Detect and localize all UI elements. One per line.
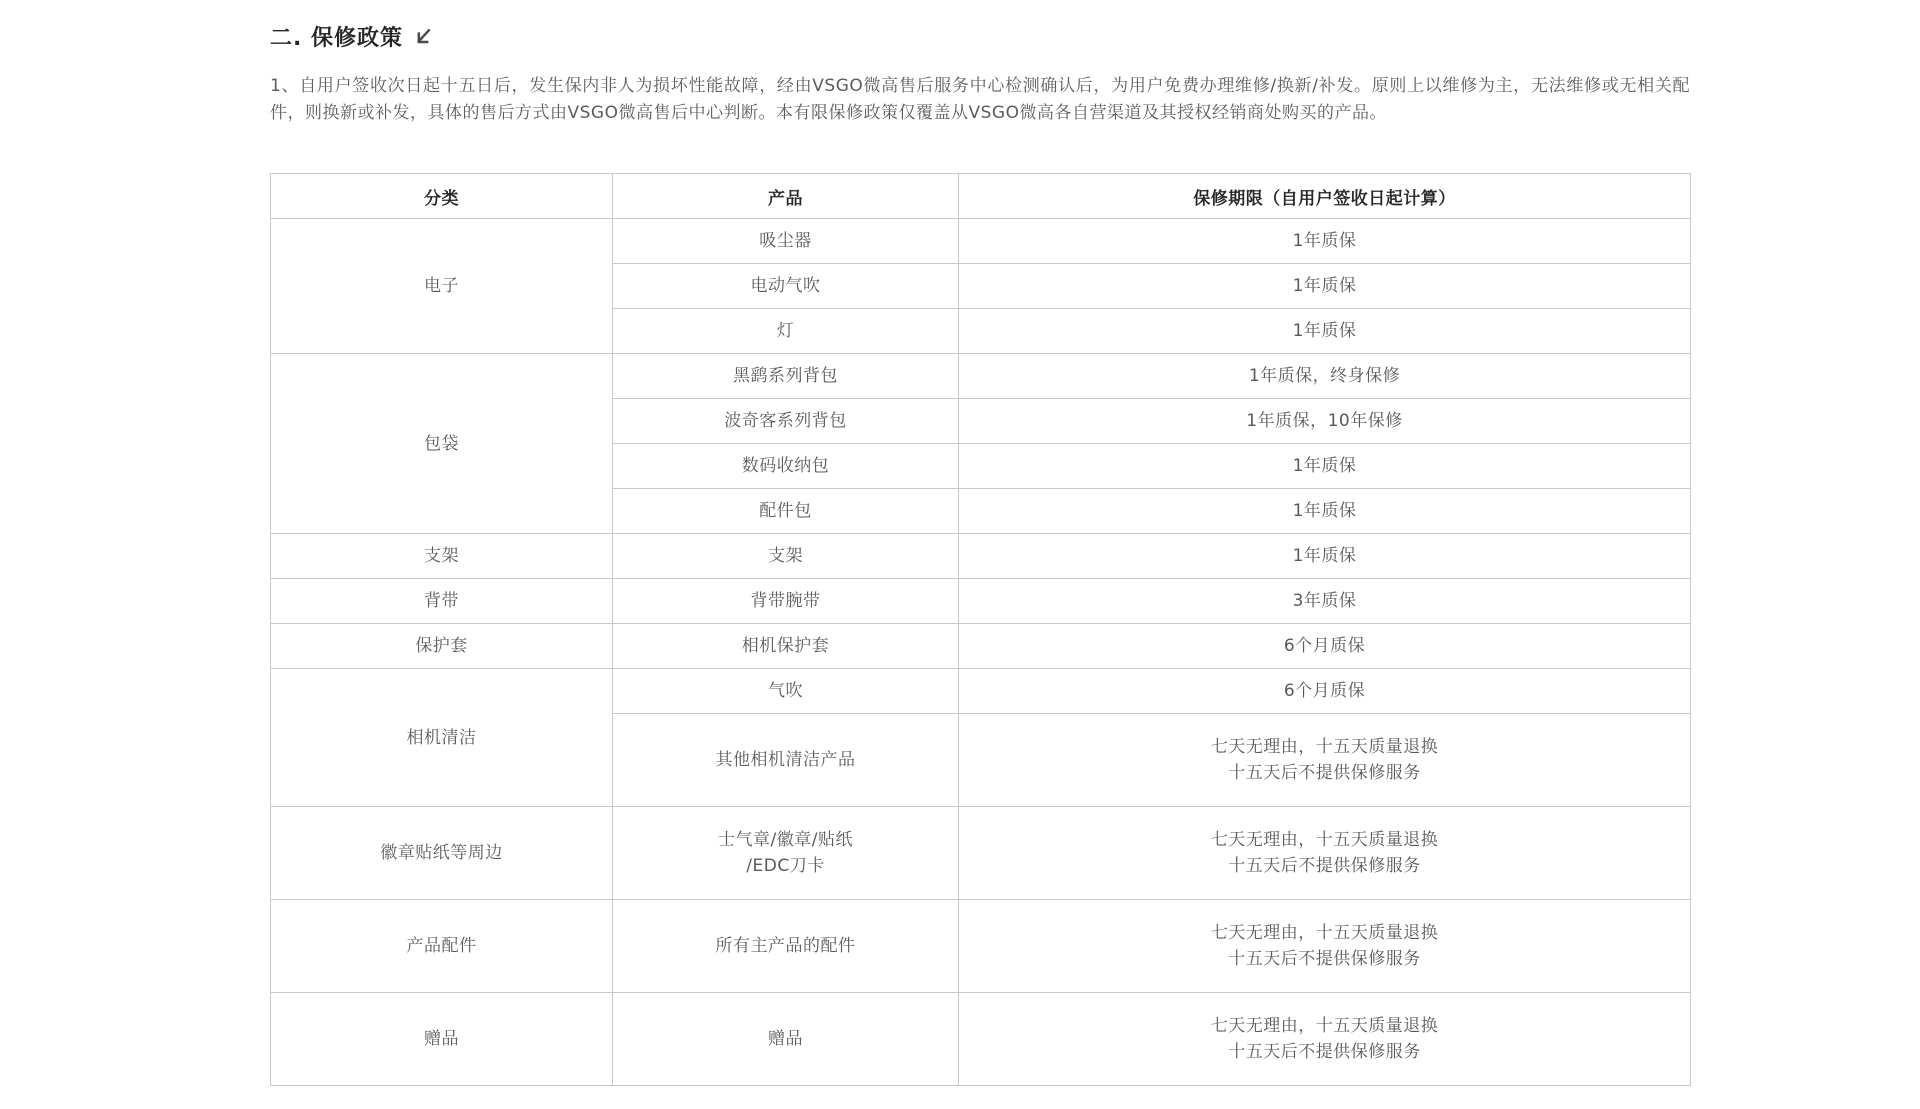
warranty-cell: 1年质保 xyxy=(959,489,1691,534)
warranty-cell: 七天无理由，十五天质量退换 十五天后不提供保修服务 xyxy=(959,900,1691,993)
product-cell: 气吹 xyxy=(613,669,959,714)
category-cell: 包袋 xyxy=(271,354,613,534)
table-row: 支架支架1年质保 xyxy=(271,534,1691,579)
table-row: 赠品赠品七天无理由，十五天质量退换 十五天后不提供保修服务 xyxy=(271,993,1691,1086)
product-cell: 吸尘器 xyxy=(613,219,959,264)
warranty-cell: 1年质保 xyxy=(959,534,1691,579)
table-row: 电子吸尘器1年质保 xyxy=(271,219,1691,264)
table-row: 包袋黑鹞系列背包1年质保，终身保修 xyxy=(271,354,1691,399)
table-row: 背带背带腕带3年质保 xyxy=(271,579,1691,624)
warranty-cell: 1年质保 xyxy=(959,309,1691,354)
product-cell: 所有主产品的配件 xyxy=(613,900,959,993)
category-cell: 产品配件 xyxy=(271,900,613,993)
warranty-cell: 1年质保，终身保修 xyxy=(959,354,1691,399)
product-cell: 配件包 xyxy=(613,489,959,534)
table-row: 徽章贴纸等周边士气章/徽章/贴纸 /EDC刀卡七天无理由，十五天质量退换 十五天… xyxy=(271,807,1691,900)
warranty-cell: 七天无理由，十五天质量退换 十五天后不提供保修服务 xyxy=(959,714,1691,807)
table-row: 相机清洁气吹6个月质保 xyxy=(271,669,1691,714)
warranty-cell: 6个月质保 xyxy=(959,624,1691,669)
page-root: 二. 保修政策 1、自用户签收次日起十五日后，发生保内非人为损坏性能故障，经由V… xyxy=(0,0,1920,1109)
product-cell: 相机保护套 xyxy=(613,624,959,669)
warranty-table: 分类 产品 保修期限（自用户签收日起计算） 电子吸尘器1年质保电动气吹1年质保灯… xyxy=(270,173,1691,1086)
intro-paragraph: 1、自用户签收次日起十五日后，发生保内非人为损坏性能故障，经由VSGO微高售后服… xyxy=(270,73,1690,127)
arrow-down-left-icon xyxy=(412,26,434,48)
category-cell: 徽章贴纸等周边 xyxy=(271,807,613,900)
warranty-cell: 1年质保 xyxy=(959,219,1691,264)
category-cell: 支架 xyxy=(271,534,613,579)
product-cell: 数码收纳包 xyxy=(613,444,959,489)
warranty-cell: 3年质保 xyxy=(959,579,1691,624)
table-body: 电子吸尘器1年质保电动气吹1年质保灯1年质保包袋黑鹞系列背包1年质保，终身保修波… xyxy=(271,219,1691,1086)
product-cell: 支架 xyxy=(613,534,959,579)
product-cell: 电动气吹 xyxy=(613,264,959,309)
product-cell: 黑鹞系列背包 xyxy=(613,354,959,399)
warranty-cell: 6个月质保 xyxy=(959,669,1691,714)
warranty-cell: 1年质保 xyxy=(959,264,1691,309)
product-cell: 其他相机清洁产品 xyxy=(613,714,959,807)
warranty-cell: 七天无理由，十五天质量退换 十五天后不提供保修服务 xyxy=(959,807,1691,900)
column-header-warranty: 保修期限（自用户签收日起计算） xyxy=(959,174,1691,219)
column-header-category: 分类 xyxy=(271,174,613,219)
table-header-row: 分类 产品 保修期限（自用户签收日起计算） xyxy=(271,174,1691,219)
page-title: 二. 保修政策 xyxy=(270,21,403,52)
section-heading: 二. 保修政策 xyxy=(270,21,1690,52)
category-cell: 相机清洁 xyxy=(271,669,613,807)
product-cell: 赠品 xyxy=(613,993,959,1086)
table-row: 保护套相机保护套6个月质保 xyxy=(271,624,1691,669)
column-header-product: 产品 xyxy=(613,174,959,219)
warranty-cell: 七天无理由，十五天质量退换 十五天后不提供保修服务 xyxy=(959,993,1691,1086)
category-cell: 赠品 xyxy=(271,993,613,1086)
product-cell: 波奇客系列背包 xyxy=(613,399,959,444)
category-cell: 保护套 xyxy=(271,624,613,669)
warranty-cell: 1年质保 xyxy=(959,444,1691,489)
content-container: 二. 保修政策 1、自用户签收次日起十五日后，发生保内非人为损坏性能故障，经由V… xyxy=(270,21,1690,1086)
category-cell: 电子 xyxy=(271,219,613,354)
product-cell: 灯 xyxy=(613,309,959,354)
warranty-cell: 1年质保，10年保修 xyxy=(959,399,1691,444)
category-cell: 背带 xyxy=(271,579,613,624)
table-row: 产品配件所有主产品的配件七天无理由，十五天质量退换 十五天后不提供保修服务 xyxy=(271,900,1691,993)
product-cell: 背带腕带 xyxy=(613,579,959,624)
product-cell: 士气章/徽章/贴纸 /EDC刀卡 xyxy=(613,807,959,900)
